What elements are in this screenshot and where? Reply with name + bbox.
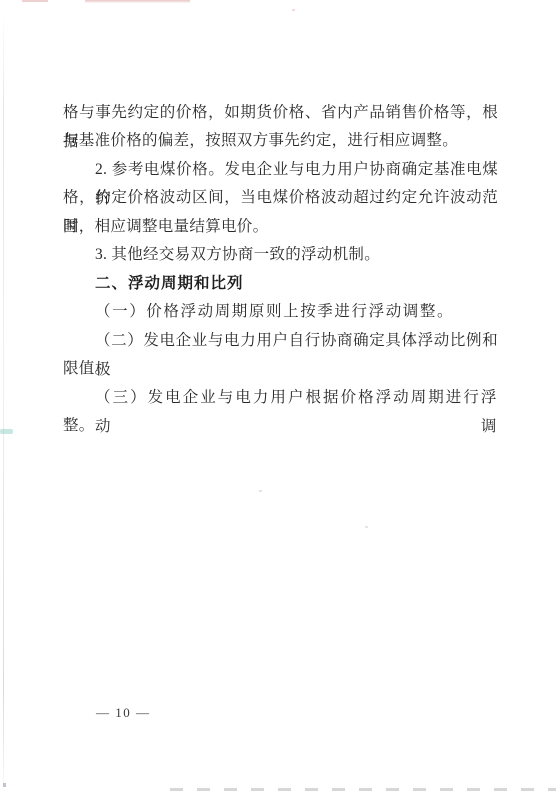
- scan-artifact-top-pink-left: [22, 0, 48, 2]
- body-line: （三）发电企业与电力用户根据价格浮动周期进行浮动调: [63, 383, 498, 412]
- section-heading: 二、浮动周期和比列: [63, 269, 498, 298]
- scan-artifact-blue-dot: [3, 783, 6, 787]
- body-line: 整。: [63, 411, 498, 440]
- body-line: （一）价格浮动周期原则上按季进行浮动调整。: [63, 297, 498, 326]
- body-line: 与基准价格的偏差，按照双方事先约定，进行相应调整。: [63, 126, 498, 155]
- scan-artifact-top-pink-right: [85, 0, 190, 3]
- body-line: （二）发电企业与电力用户自行协商确定具体浮动比例和极: [63, 326, 498, 355]
- scan-artifact-left-edge-line: [3, 8, 4, 784]
- scan-artifact-speck: [259, 490, 262, 492]
- scan-artifact-pink-dot: [292, 9, 295, 11]
- page-number: — 10 —: [96, 704, 151, 722]
- body-line: 格与事先约定的价格，如期货价格、省内产品销售价格等，根据: [63, 98, 498, 127]
- document-page: 格与事先约定的价格，如期货价格、省内产品销售价格等，根据 与基准价格的偏差，按照…: [0, 0, 560, 791]
- body-line: 格，约定价格波动区间，当电煤价格波动超过约定允许波动范围: [63, 183, 498, 212]
- scan-artifact-speck: [365, 526, 368, 528]
- scan-artifact-teal-mark: [0, 429, 13, 434]
- body-line: 限值。: [63, 354, 498, 383]
- body-line: 时，相应调整电量结算电价。: [63, 212, 498, 241]
- body-line: 2. 参考电煤价格。发电企业与电力用户协商确定基准电煤价: [63, 155, 498, 184]
- body-line: 3. 其他经交易双方协商一致的浮动机制。: [63, 240, 498, 269]
